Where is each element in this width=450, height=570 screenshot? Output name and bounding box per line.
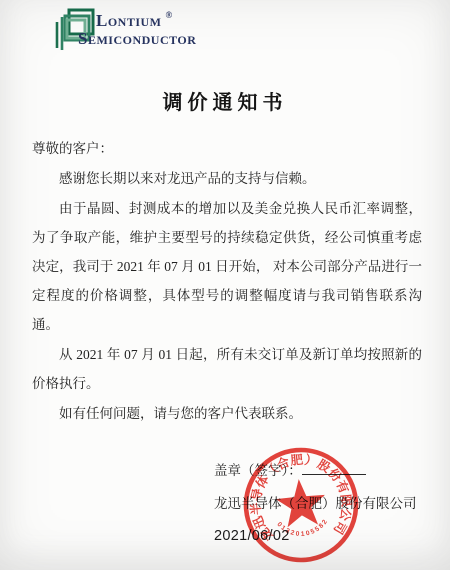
letter-body: 尊敬的客户： 感谢您长期以来对龙迅产品的支持与信赖。 由于晶圆、封测成本的增加以… — [32, 134, 422, 429]
company-logo: Lontium® Semiconductor — [54, 6, 244, 56]
paragraph-thanks: 感谢您长期以来对龙迅产品的支持与信赖。 — [32, 164, 422, 193]
seal-serial-number: 01320105582 — [275, 517, 331, 540]
company-seal: 龙迅半导体（合肥）股份有限公司 01320105582 — [236, 440, 366, 570]
paragraph-contact: 如有任何问题，请与您的客户代表联系。 — [32, 399, 422, 428]
logo-wordmark-line1: Lontium® — [96, 10, 173, 31]
logo-wordmark-line2: Semiconductor — [78, 29, 196, 49]
document-title: 调价通知书 — [0, 86, 450, 115]
salutation: 尊敬的客户： — [32, 134, 422, 163]
seal-star-icon — [274, 477, 327, 528]
letter-page: Lontium® Semiconductor 调价通知书 尊敬的客户： 感谢您长… — [0, 0, 450, 570]
logo-wordmark: Lontium® Semiconductor — [54, 6, 244, 56]
paragraph-effective: 从 2021 年 07 月 01 日起，所有未交订单及新订单均按照新的价格执行。 — [32, 340, 422, 398]
logo-name-lontium: Lontium — [96, 11, 162, 30]
paragraph-reason: 由于晶圆、封测成本的增加以及美金兑换人民币汇率调整，为了争取产能，维护主要型号的… — [32, 194, 422, 339]
svg-text:01320105582: 01320105582 — [275, 517, 331, 540]
registered-trademark-icon: ® — [166, 10, 173, 20]
